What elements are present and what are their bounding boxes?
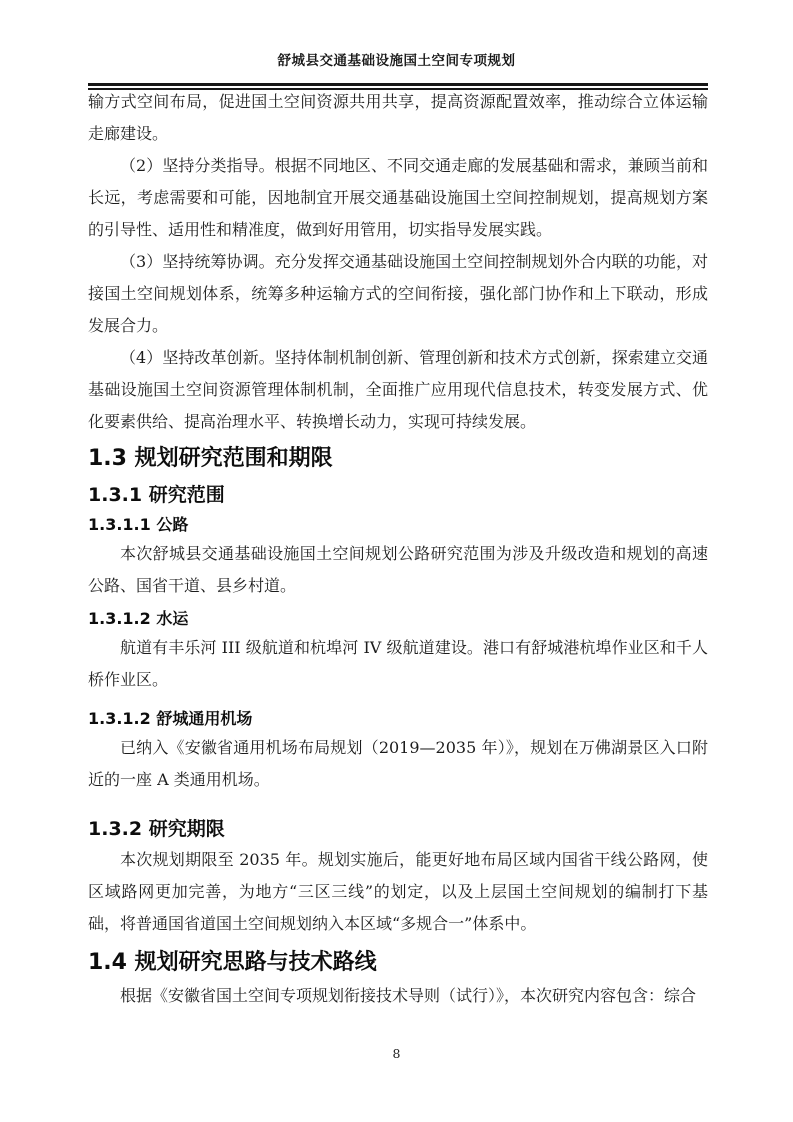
heading-1-3-1-2-general-airport: 1.3.1.2 舒城通用机场: [88, 708, 708, 730]
body-paragraph-waterway: 航道有丰乐河 III 级航道和杭埠河 IV 级航道建设。港口有舒城港杭埠作业区和…: [88, 632, 708, 696]
body-paragraph-transport-layout: 输方式空间布局，促进国土空间资源共用共享，提高资源配置效率，推动综合立体运输走廊…: [88, 86, 708, 150]
page-footer: 8: [0, 1046, 793, 1061]
body-paragraph-airport: 已纳入《安徽省通用机场布局规划（2019—2035 年）》，规划在万佛湖景区入口…: [88, 732, 708, 796]
heading-1-3-1-1-highway: 1.3.1.1 公路: [88, 514, 708, 536]
document-content: 输方式空间布局，促进国土空间资源共用共享，提高资源配置效率，推动综合立体运输走廊…: [88, 86, 708, 1012]
heading-1-3-2-research-period: 1.3.2 研究期限: [88, 816, 708, 842]
document-page: 舒城县交通基础设施国土空间专项规划 输方式空间布局，促进国土空间资源共用共享，提…: [0, 0, 793, 1122]
heading-1-4-approach-technical-route: 1.4 规划研究思路与技术路线: [88, 948, 708, 978]
heading-1-3-scope-and-period: 1.3 规划研究范围和期限: [88, 444, 708, 474]
body-paragraph-planning-period: 本次规划期限至 2035 年。规划实施后，能更好地布局区域内国省干线公路网，使区…: [88, 844, 708, 940]
header-title: 舒城县交通基础设施国土空间专项规划: [0, 49, 793, 69]
heading-1-3-1-2-waterway: 1.3.1.2 水运: [88, 608, 708, 630]
body-paragraph-principle-4: （4）坚持改革创新。坚持体制机制创新、管理创新和技术方式创新，探索建立交通基础设…: [88, 342, 708, 438]
body-paragraph-research-content: 根据《安徽省国土空间专项规划衔接技术导则（试行）》，本次研究内容包含：综合: [88, 980, 708, 1012]
body-paragraph-principle-2: （2）坚持分类指导。根据不同地区、不同交通走廊的发展基础和需求，兼顾当前和长远，…: [88, 150, 708, 246]
body-paragraph-highway-scope: 本次舒城县交通基础设施国土空间规划公路研究范围为涉及升级改造和规划的高速公路、国…: [88, 538, 708, 602]
heading-1-3-1-research-scope: 1.3.1 研究范围: [88, 482, 708, 508]
body-paragraph-principle-3: （3）坚持统筹协调。充分发挥交通基础设施国土空间控制规划外合内联的功能，对接国土…: [88, 246, 708, 342]
page-number: 8: [393, 1046, 401, 1061]
